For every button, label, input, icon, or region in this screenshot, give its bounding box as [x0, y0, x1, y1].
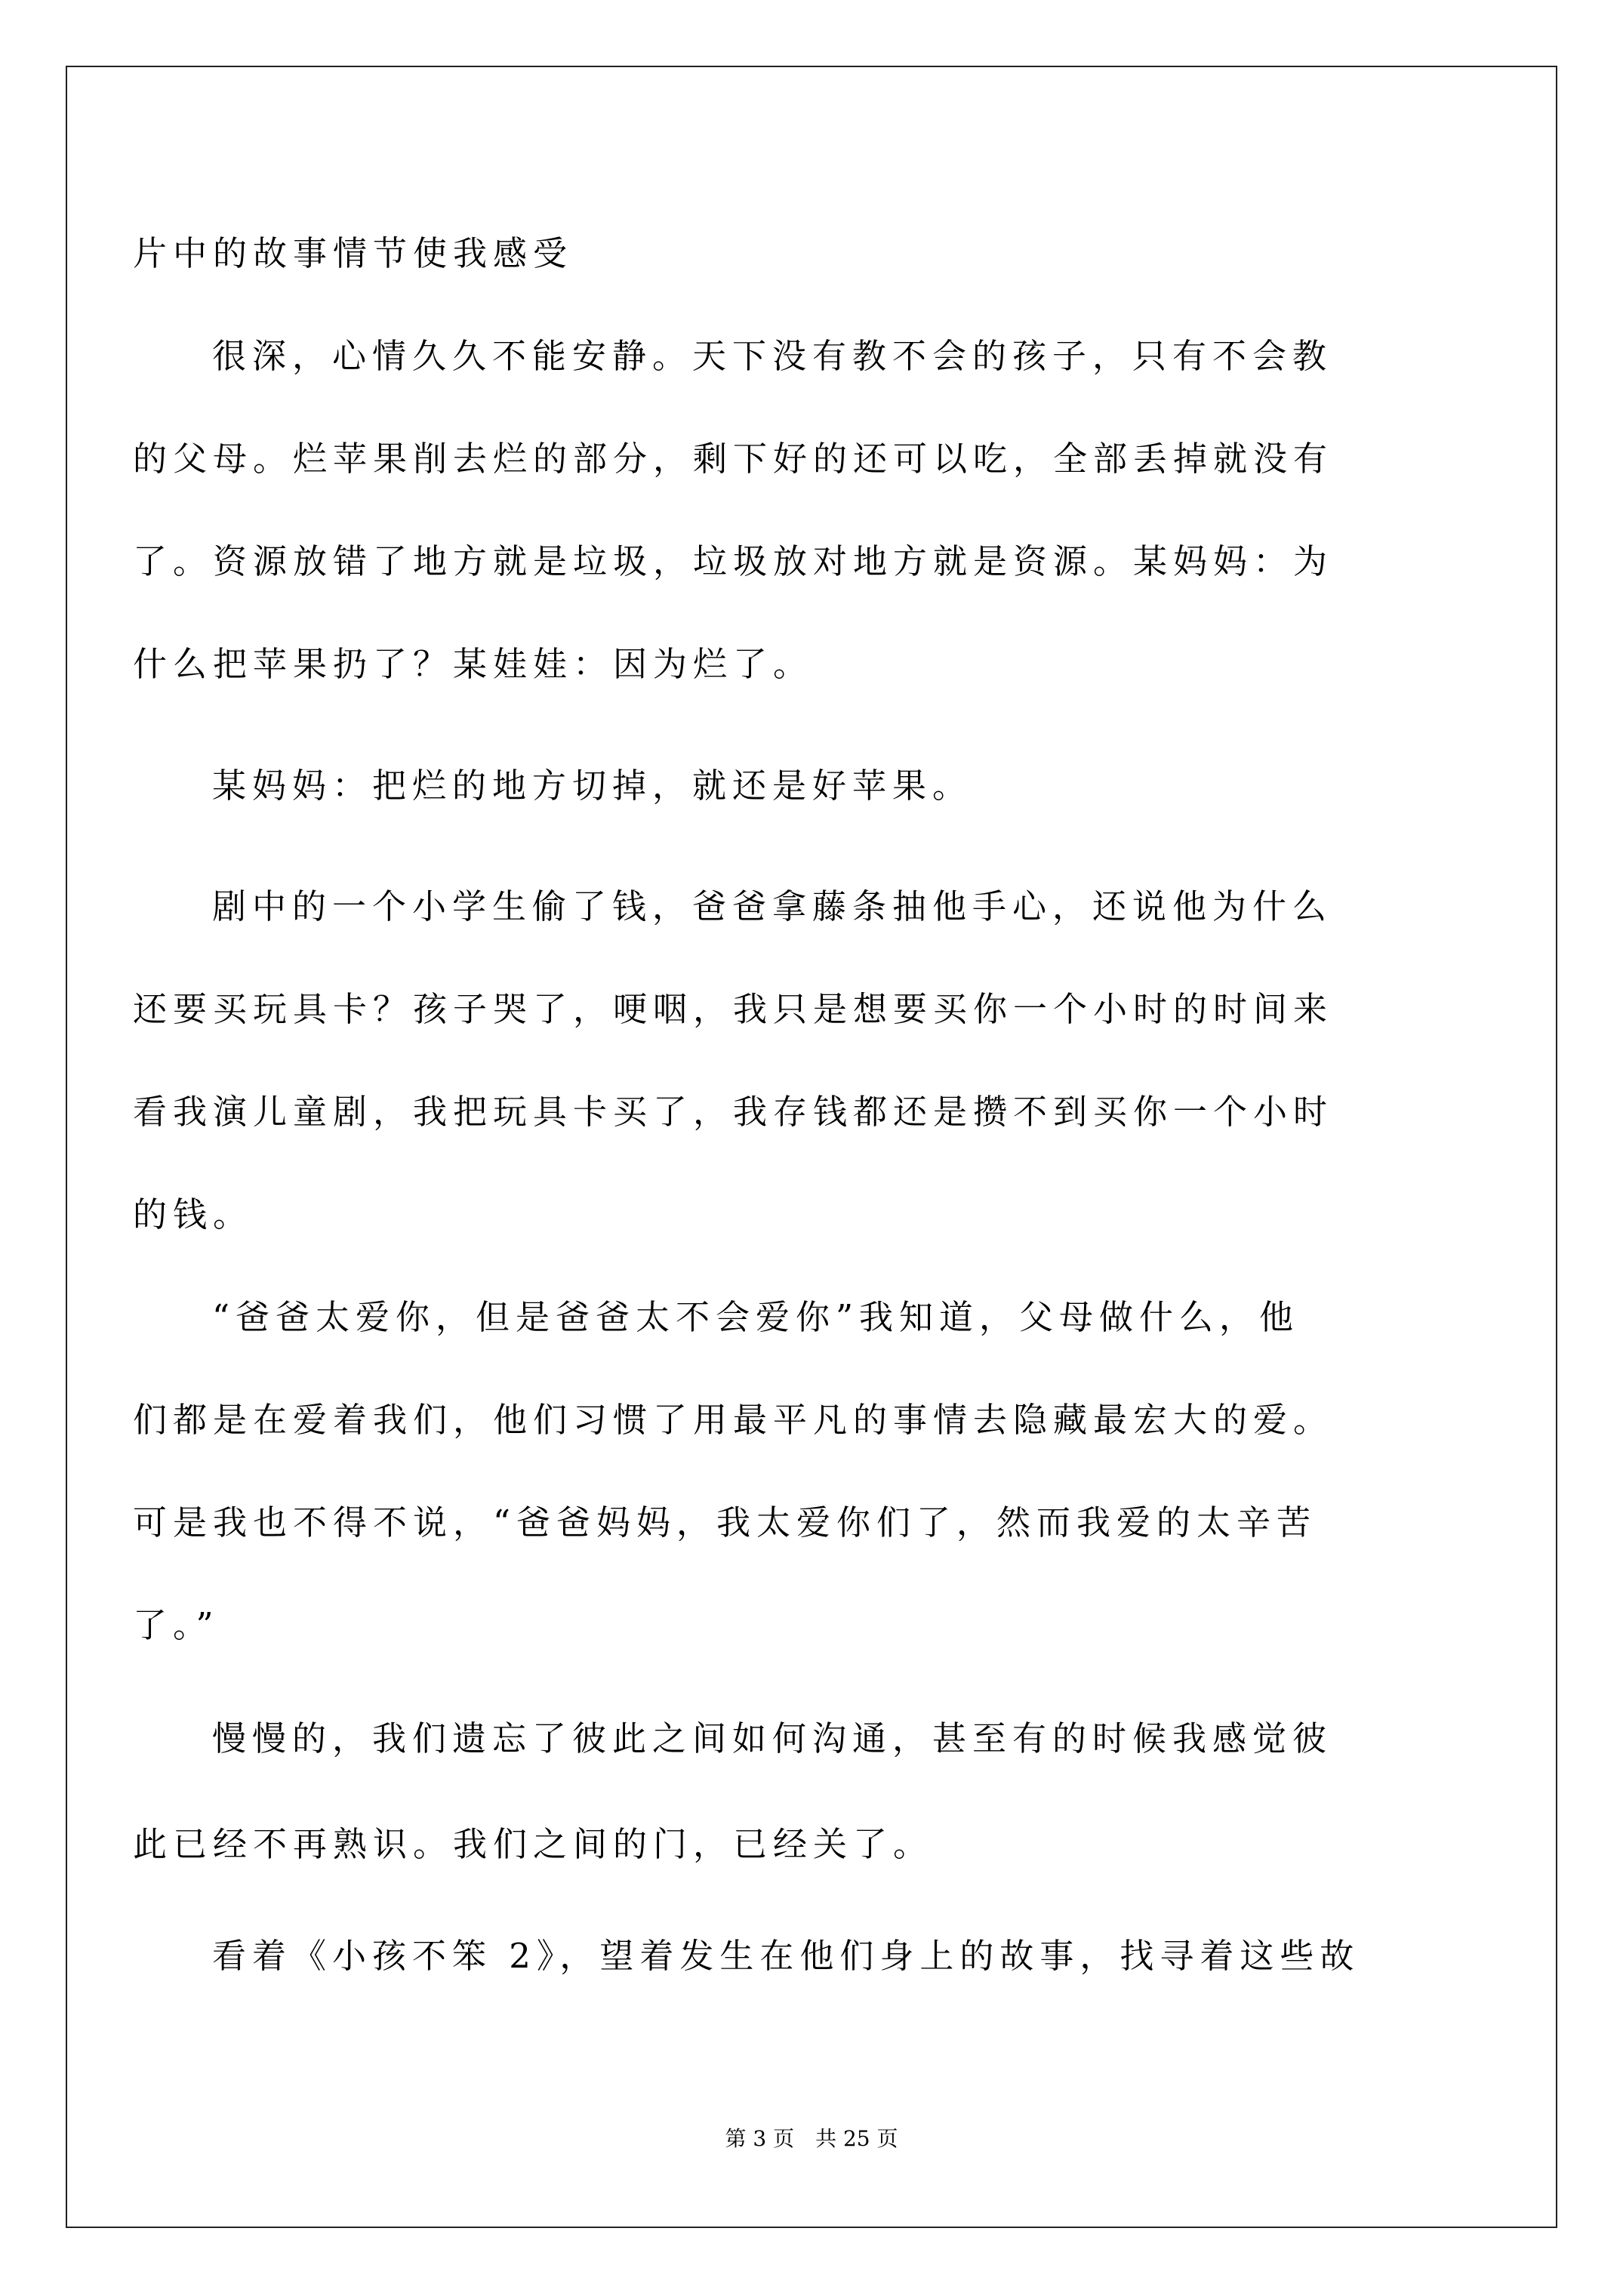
- page-number-footer: 第 3 页 共 25 页: [0, 2122, 1623, 2153]
- text-line: 某妈妈：把烂的地方切掉，就还是好苹果。: [133, 763, 972, 809]
- text-line: 们都是在爱着我们，他们习惯了用最平凡的事情去隐藏最宏大的爱。: [133, 1398, 1333, 1443]
- text-line: “爸爸太爱你，但是爸爸太不会爱你”我知道，父母做什么，他: [133, 1295, 1299, 1340]
- page-frame: [66, 66, 1557, 2228]
- text-line: 慢慢的，我们遗忘了彼此之间如何沟通，甚至有的时候我感觉彼: [133, 1716, 1332, 1761]
- text-line: 看我演儿童剧，我把玩具卡买了，我存钱都还是攒不到买你一个小时: [133, 1089, 1333, 1135]
- text-line: 看着《小孩不笨 2》，望着发生在他们身上的故事，找寻着这些故: [133, 1934, 1360, 1979]
- text-line: 很深，心情久久不能安静。天下没有教不会的孩子，只有不会教: [133, 334, 1332, 379]
- text-line: 了。资源放错了地方就是垃圾，垃圾放对地方就是资源。某妈妈：为: [133, 539, 1333, 584]
- text-line: 的父母。烂苹果削去烂的部分，剩下好的还可以吃，全部丢掉就没有: [133, 436, 1333, 482]
- text-line: 还要买玩具卡？孩子哭了，哽咽，我只是想要买你一个小时的时间来: [133, 987, 1333, 1032]
- text-line: 什么把苹果扔了？某娃娃：因为烂了。: [133, 642, 813, 687]
- text-line: 剧中的一个小学生偷了钱，爸爸拿藤条抽他手心，还说他为什么: [133, 884, 1332, 929]
- text-line: 了。”: [133, 1603, 220, 1648]
- text-line: 可是我也不得不说，“爸爸妈妈，我太爱你们了，然而我爱的太辛苦: [133, 1500, 1317, 1546]
- text-line: 此已经不再熟识。我们之间的门，已经关了。: [133, 1822, 933, 1867]
- text-line: 片中的故事情节使我感受: [133, 231, 573, 276]
- text-line: 的钱。: [133, 1192, 253, 1237]
